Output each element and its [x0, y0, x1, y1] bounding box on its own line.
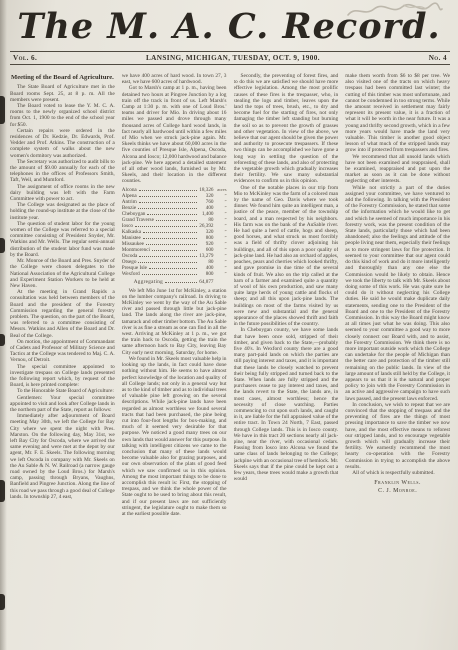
paragraph: Mr. Monroe of the Board and Pres. Snyder… — [10, 258, 115, 289]
dot-leader — [139, 256, 196, 257]
paragraph: The State Board of Agriculture met in th… — [10, 84, 115, 103]
paragraph: On motion, the appointment of Commandant… — [10, 339, 115, 364]
scan-edge-artifact — [0, 334, 5, 346]
paragraph: The assignment of office rooms in the ne… — [10, 184, 115, 203]
paragraph: Immediately after adjournment of Board m… — [10, 413, 115, 500]
column-4: make them worth from $6 to $8 per tree. … — [345, 73, 450, 637]
dateline-bar: Vol. 6. LANSING, MICHIGAN, TUESDAY, OCT.… — [10, 51, 450, 65]
column-2: we have 400 acres of hard wood. In town … — [122, 73, 227, 637]
dot-leader — [139, 202, 197, 203]
county-acres: 800 — [199, 271, 214, 277]
paragraph: In Cheboygan county, we have some lands … — [234, 327, 339, 482]
county-name: Wexford — [122, 271, 140, 277]
aggregate-acres: 64,877 — [199, 279, 214, 285]
dot-leader — [165, 282, 197, 283]
column-1-body: The State Board of Agriculture met in th… — [10, 84, 115, 500]
paragraph: The question of student labor for the yo… — [10, 221, 115, 258]
paragraph: Certain repairs were ordered in the resi… — [10, 128, 115, 159]
paragraph: The College was designated as the place … — [10, 202, 115, 221]
dot-leader — [147, 214, 196, 215]
scan-edge-artifact — [0, 238, 5, 253]
column-3-body: Secondly, the preventing of forest fires… — [234, 73, 339, 482]
dot-leader — [149, 268, 197, 269]
paragraph: Gentlemen: Your special committee appoin… — [10, 395, 115, 414]
scan-edge-artifact — [0, 594, 5, 610]
dot-leader — [138, 262, 196, 263]
dateline-date: LANSING, MICHIGAN, TUESDAY, OCT. 9, 1900… — [146, 54, 320, 62]
dateline-volume: Vol. 6. — [13, 54, 37, 62]
paragraph: One of the notable places in our trip fr… — [234, 185, 339, 328]
paragraph: We left Mio June 1st for McKinley, a sta… — [122, 288, 227, 356]
aggregate-row: Aggregating 64,877 — [122, 279, 227, 285]
column-3: Secondly, the preventing of forest fires… — [234, 73, 339, 637]
article-columns: Meeting of the Board of Agriculture. The… — [10, 73, 450, 637]
paragraph: In conclusion, we wish to repeat that we… — [345, 402, 450, 470]
dot-leader — [143, 232, 196, 233]
paragraph: The Board voted to lease the Y. M. C. A.… — [10, 103, 115, 128]
dot-leader — [135, 226, 197, 227]
paragraph: While not strictly a part of the duties … — [345, 185, 450, 402]
paragraph: All of which is respectfully submitted. — [345, 470, 450, 476]
county-acreage-table: Alcona 18,326 acres Alpena 320 ” Antrim — [122, 187, 227, 277]
signature: Franklin Wells. — [345, 480, 450, 488]
paragraph: Secondly, the preventing of forest fires… — [234, 73, 339, 185]
dot-leader — [156, 220, 197, 221]
dot-leader — [152, 250, 197, 251]
paragraph: We found in Mr. Skeels most valuable hel… — [122, 356, 227, 517]
paragraph: To the Honorable State Board of Agricult… — [10, 388, 115, 394]
paragraph: At the meeting in Grand Rapids a consult… — [10, 289, 115, 339]
paragraph: We recommend that all unsold lands which… — [345, 154, 450, 185]
acres-unit: ” — [214, 271, 227, 277]
signature: C. J. Monroe. — [345, 488, 450, 496]
dot-leader — [142, 274, 197, 275]
continuation-paragraph: make them worth from $6 to $8 per tree. … — [345, 73, 450, 154]
dot-leader — [139, 190, 197, 191]
article-heading: Meeting of the Board of Agriculture. — [10, 74, 115, 81]
column-1: Meeting of the Board of Agriculture. The… — [10, 73, 115, 637]
dot-leader — [143, 238, 197, 239]
dot-leader — [146, 244, 197, 245]
scan-edge-artifact — [0, 480, 5, 502]
table-row: Wexford 800 ” — [122, 271, 227, 277]
paragraph: The special committee appointed to inves… — [10, 364, 115, 389]
dateline-number: No. 4 — [429, 54, 447, 62]
signatures: Franklin Wells.C. J. Monroe. — [345, 480, 450, 495]
paragraph: Got to Marsh's camp at 1 p. m., having b… — [122, 85, 227, 184]
paragraph: The Secretary was authorized to audit bi… — [10, 159, 115, 184]
handwritten-pencil-scribble-icon — [344, 1, 444, 21]
dot-leader — [139, 196, 197, 197]
column-4-body: We recommend that all unsold lands which… — [345, 154, 450, 477]
continuation-paragraph: we have 400 acres of hard wood. In town … — [122, 73, 227, 85]
newspaper-page: The M. A. C. Record. Vol. 6. LANSING, MI… — [0, 0, 458, 650]
aggregate-label: Aggregating — [122, 279, 163, 285]
dot-leader — [138, 208, 196, 209]
column-2-body: We left Mio June 1st for McKinley, a sta… — [122, 288, 227, 518]
scan-edge-artifact — [0, 96, 5, 124]
column-2-intro: Got to Marsh's camp at 1 p. m., having b… — [122, 85, 227, 184]
